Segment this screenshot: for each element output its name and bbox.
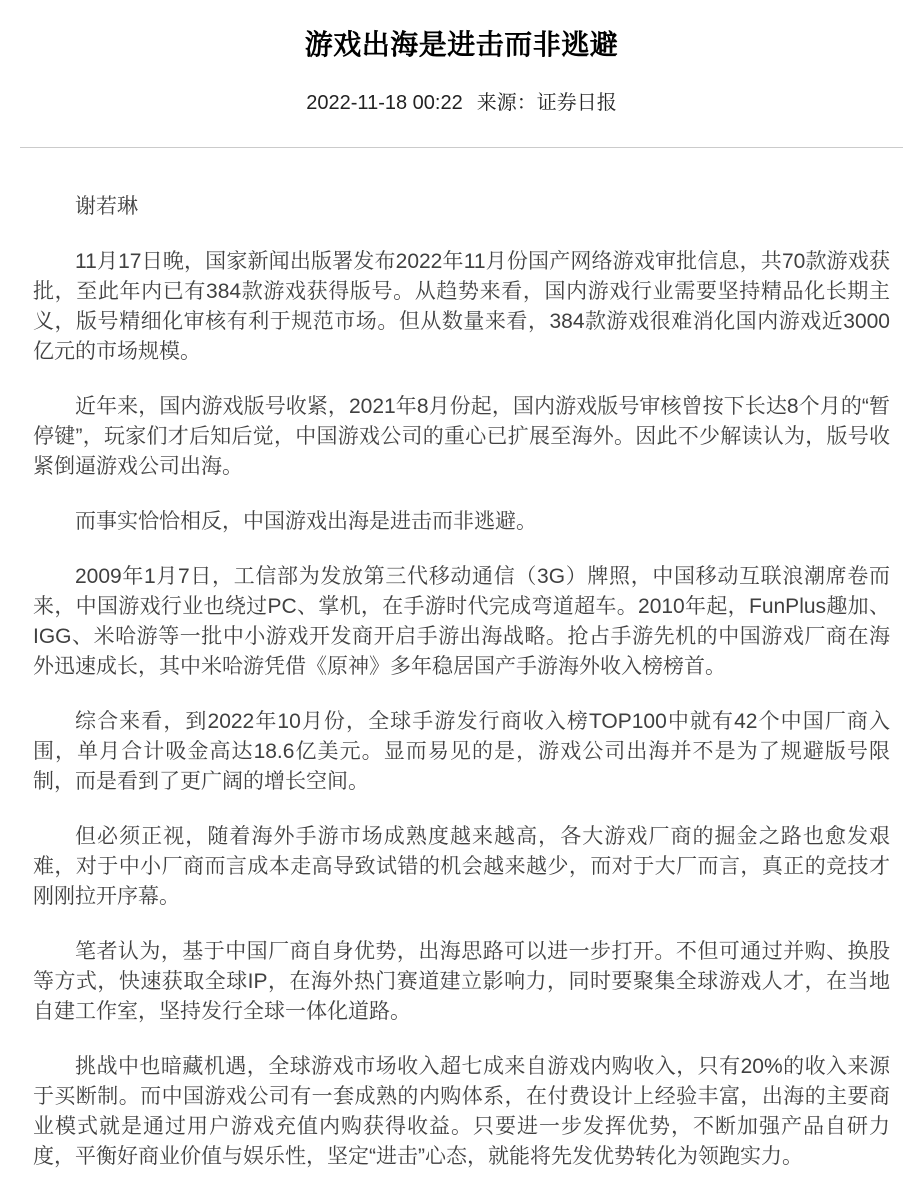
article-body: 谢若琳 11月17日晚，国家新闻出版署发布2022年11月份国产网络游戏审批信息…: [33, 192, 890, 1172]
header-divider: [20, 147, 903, 148]
article-meta-line: 2022-11-18 00:22来源：证券日报: [0, 92, 923, 114]
article-author: 谢若琳: [33, 192, 890, 222]
article-paragraph: 挑战中也暗藏机遇，全球游戏市场收入超七成来自游戏内购收入，只有20%的收入来源于…: [33, 1052, 890, 1172]
publish-datetime: 2022-11-18 00:22: [306, 92, 462, 114]
article-paragraph: 但必须正视，随着海外手游市场成熟度越来越高，各大游戏厂商的掘金之路也愈发艰难，对…: [33, 822, 890, 912]
article-paragraph: 2009年1月7日，工信部为发放第三代移动通信（3G）牌照，中国移动互联浪潮席卷…: [33, 562, 890, 682]
article-paragraph: 11月17日晚，国家新闻出版署发布2022年11月份国产网络游戏审批信息，共70…: [33, 247, 890, 367]
article-page: 游戏出海是进击而非逃避 2022-11-18 00:22来源：证券日报 谢若琳 …: [0, 30, 923, 1172]
article-paragraph: 近年来，国内游戏版号收紧，2021年8月份起，国内游戏版号审核曾按下长达8个月的…: [33, 392, 890, 482]
article-source: 来源：证券日报: [477, 92, 617, 114]
article-paragraph: 综合来看，到2022年10月份，全球手游发行商收入榜TOP100中就有42个中国…: [33, 707, 890, 797]
article-paragraph: 笔者认为，基于中国厂商自身优势，出海思路可以进一步打开。不但可通过并购、换股等方…: [33, 937, 890, 1027]
page-title: 游戏出海是进击而非逃避: [0, 30, 923, 59]
article-paragraph: 而事实恰恰相反，中国游戏出海是进击而非逃避。: [33, 507, 890, 537]
